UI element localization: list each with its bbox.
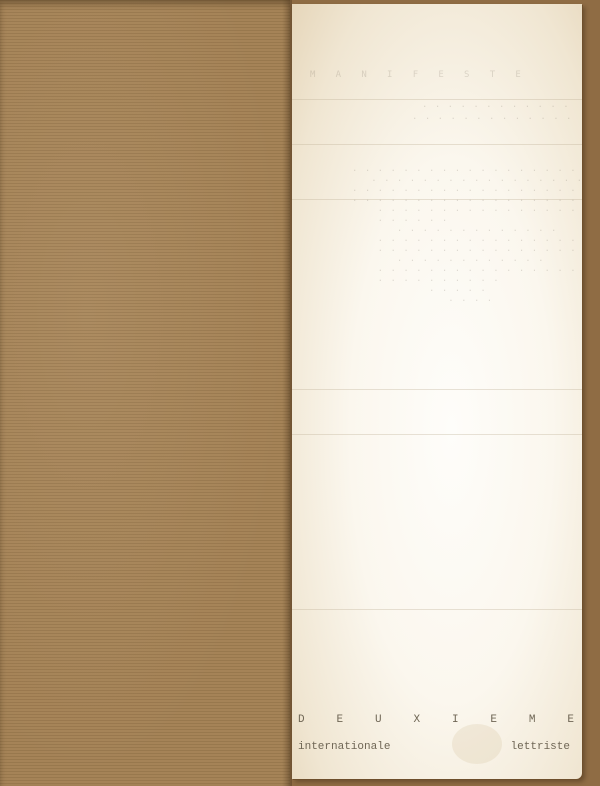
page-crease (292, 609, 582, 610)
bleed-through-text: M A N I F E S T E (310, 70, 582, 80)
title-letter: I (452, 714, 459, 726)
subtitle-lettriste: lettriste (511, 741, 570, 753)
title-letter: E (336, 714, 343, 726)
scanned-booklet: M A N I F E S T E . . . . . . . . . . . … (0, 0, 600, 786)
title-page: M A N I F E S T E . . . . . . . . . . . … (292, 4, 582, 779)
bleed-through-text: . . . . . . . . . . . . . (412, 112, 582, 122)
subtitle: internationale lettriste (298, 741, 570, 753)
page-crease (292, 389, 582, 390)
title-letter: E (490, 714, 497, 726)
cover-fold-shadow (282, 0, 292, 786)
bleed-through-text: . . . . . . . . . . . . . . . . . . . . … (352, 164, 582, 304)
subtitle-internationale: internationale (298, 741, 390, 753)
page-crease (292, 144, 582, 145)
bleed-through-text: . . . . . . . . . . . . (422, 100, 582, 110)
title-deuxieme: D E U X I E M E (298, 714, 574, 726)
title-letter: M (529, 714, 536, 726)
title-letter: E (567, 714, 574, 726)
kraft-paper-cover (0, 0, 290, 786)
title-letter: X (413, 714, 420, 726)
title-letter: U (375, 714, 382, 726)
title-letter: D (298, 714, 305, 726)
page-crease (292, 434, 582, 435)
